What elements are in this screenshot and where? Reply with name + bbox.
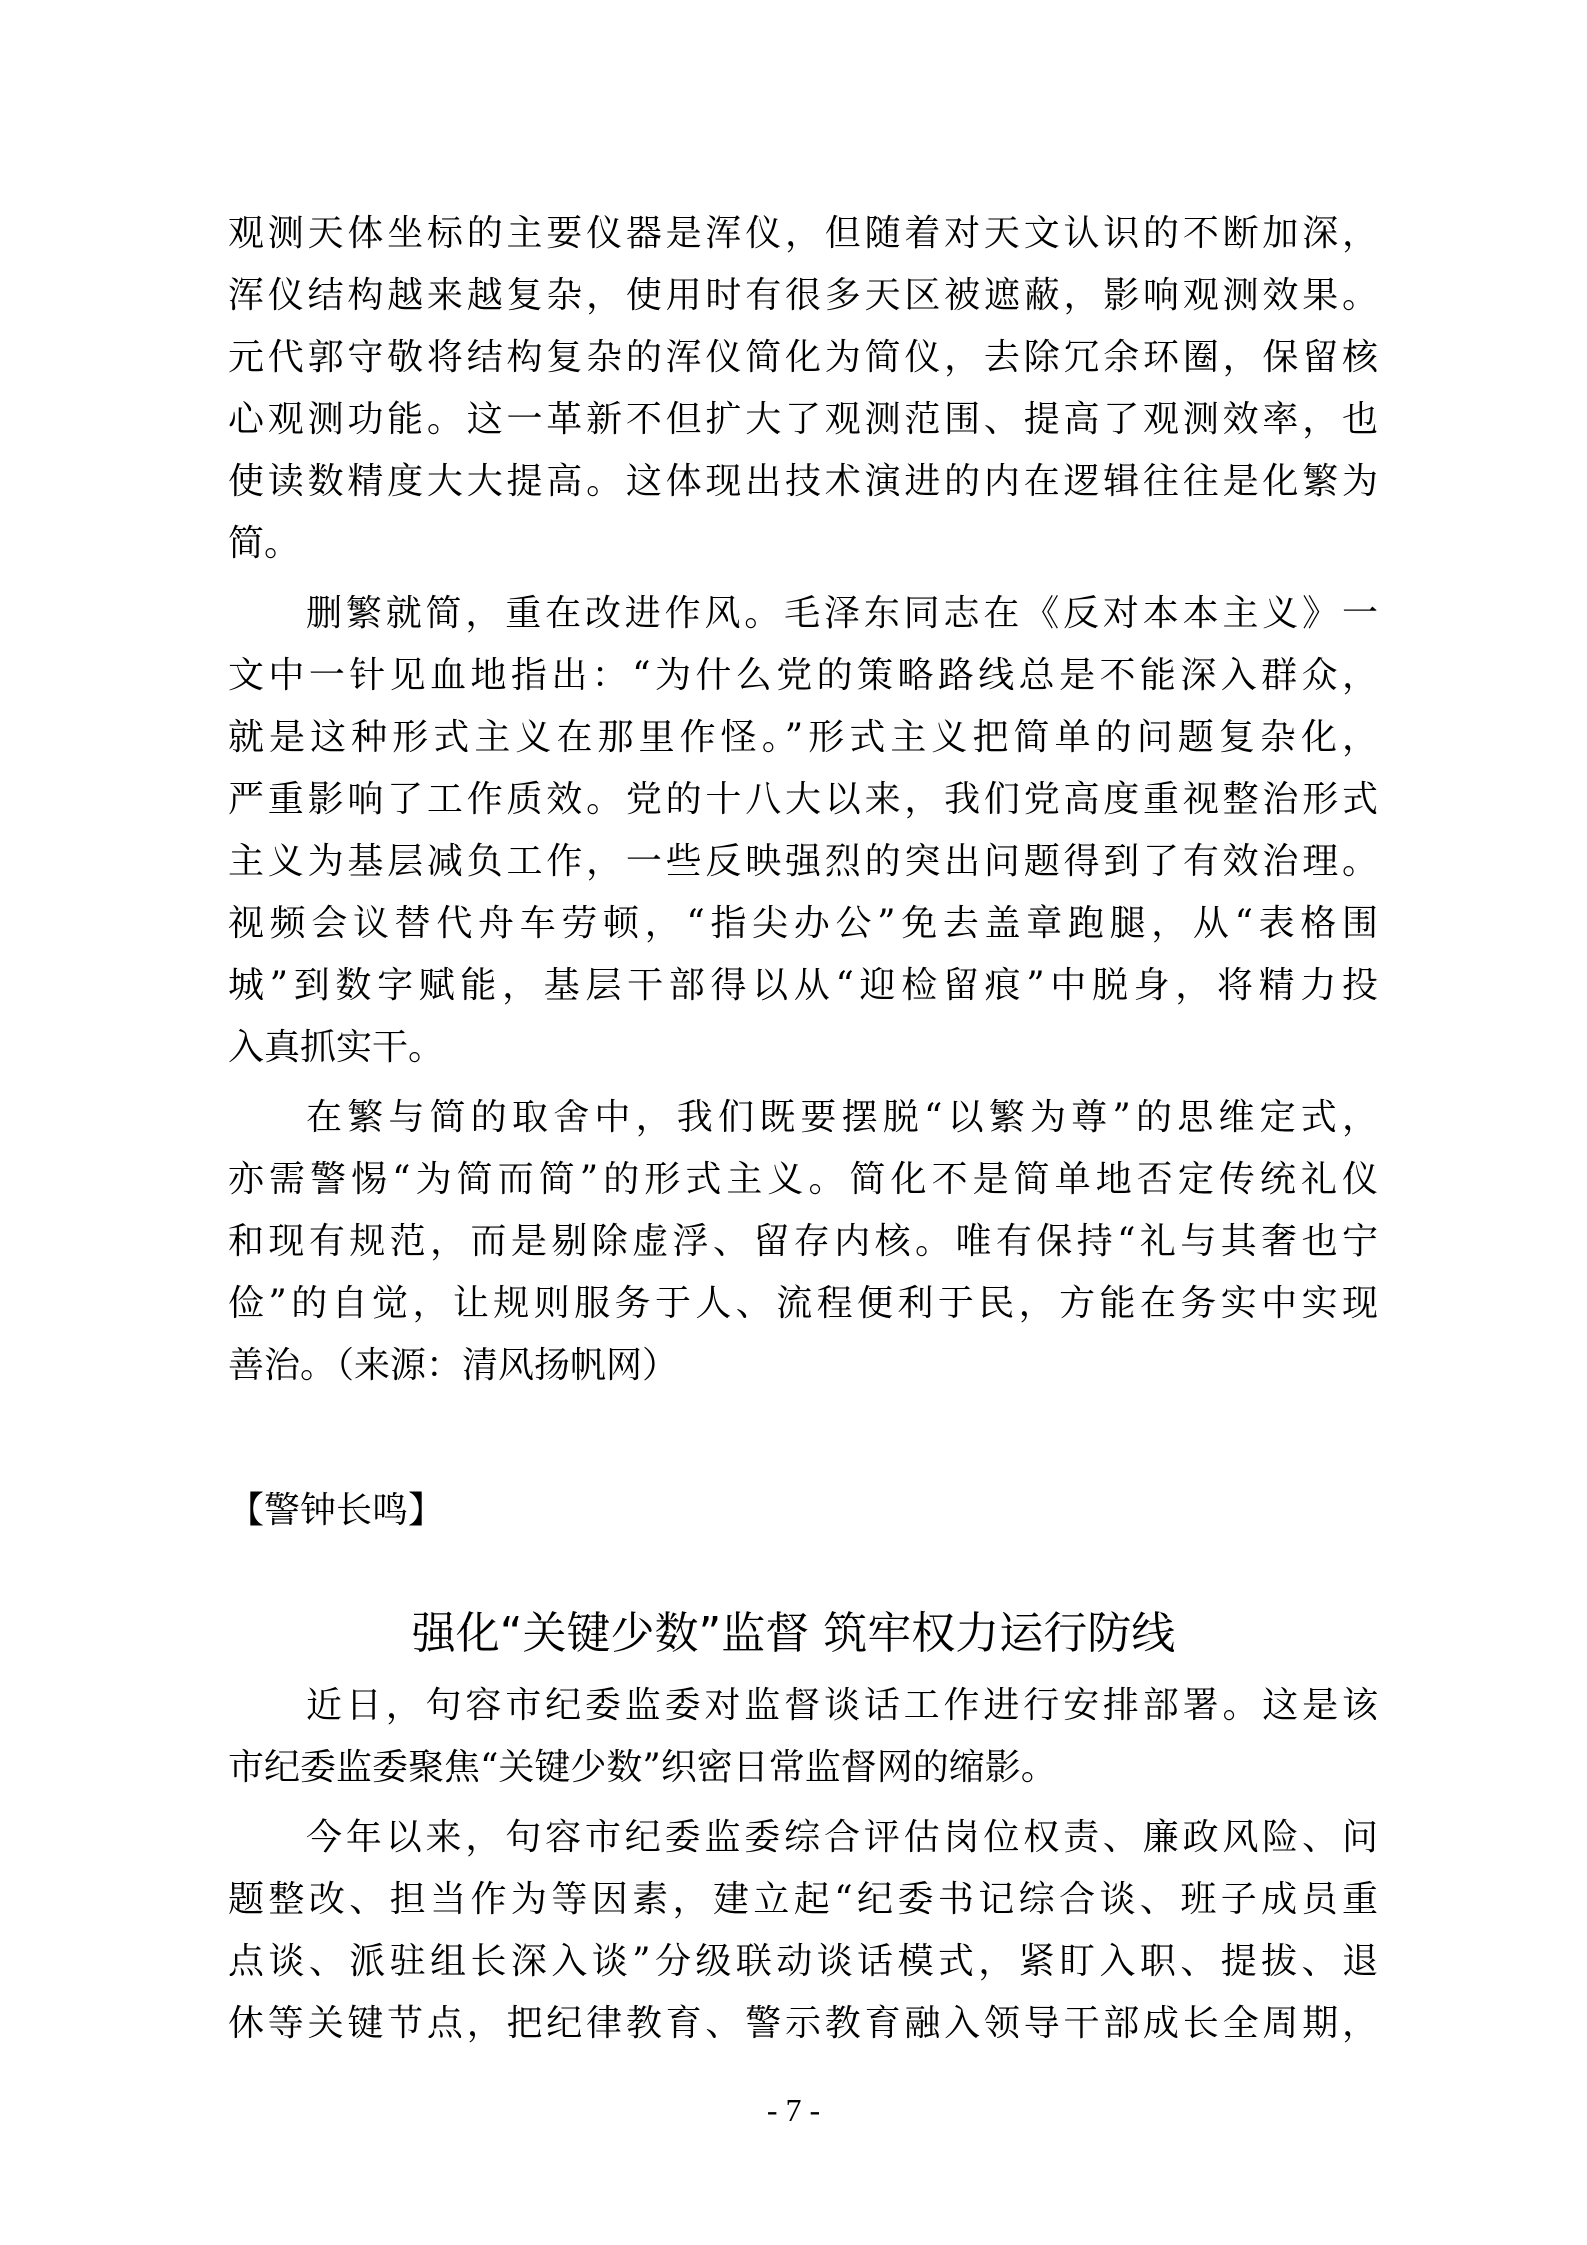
body-line: 浑仪结构越来越复杂，使用时有很多天区被遮蔽，影响观测效果。 (228, 265, 1378, 327)
page-number: - 7 - (0, 2090, 1587, 2130)
body-line-indented: 删繁就简，重在改进作风。毛泽东同志在《反对本本主义》一 (306, 583, 1378, 645)
body-line: 题整改、担当作为等因素，建立起“纪委书记综合谈、班子成员重 (228, 1869, 1378, 1931)
section-tag: 【警钟长鸣】 (228, 1480, 444, 1542)
body-line: 和现有规范，而是剔除虚浮、留存内核。唯有保持“礼与其奢也宁 (228, 1211, 1378, 1273)
body-line: 主义为基层减负工作，一些反映强烈的突出问题得到了有效治理。 (228, 831, 1378, 893)
body-line: 善治。（来源：清风扬帆网） (228, 1335, 1378, 1397)
body-line-indented: 近日，句容市纪委监委对监督谈话工作进行安排部署。这是该 (306, 1675, 1378, 1737)
body-line-indented: 在繁与简的取舍中，我们既要摆脱“以繁为尊”的思维定式， (306, 1087, 1378, 1149)
body-line: 严重影响了工作质效。党的十八大以来，我们党高度重视整治形式 (228, 769, 1378, 831)
body-line: 休等关键节点，把纪律教育、警示教育融入领导干部成长全周期， (228, 1993, 1378, 2055)
body-line: 点谈、派驻组长深入谈”分级联动谈话模式，紧盯入职、提拔、退 (228, 1931, 1378, 1993)
body-line: 俭”的自觉，让规则服务于人、流程便利于民，方能在务实中实现 (228, 1273, 1378, 1335)
document-page: 观测天体坐标的主要仪器是浑仪，但随着对天文认识的不断加深， 浑仪结构越来越复杂，… (0, 0, 1587, 2245)
body-line: 亦需警惕“为简而简”的形式主义。简化不是简单地否定传统礼仪 (228, 1149, 1378, 1211)
body-line: 观测天体坐标的主要仪器是浑仪，但随着对天文认识的不断加深， (228, 203, 1378, 265)
body-line: 就是这种形式主义在那里作怪。”形式主义把简单的问题复杂化， (228, 707, 1378, 769)
body-line: 简。 (228, 513, 1378, 575)
body-line: 城”到数字赋能，基层干部得以从“迎检留痕”中脱身，将精力投 (228, 955, 1378, 1017)
body-line: 文中一针见血地指出：“为什么党的策略路线总是不能深入群众， (228, 645, 1378, 707)
body-line: 元代郭守敬将结构复杂的浑仪简化为简仪，去除冗余环圈，保留核 (228, 327, 1378, 389)
body-line: 心观测功能。这一革新不但扩大了观测范围、提高了观测效率，也 (228, 389, 1378, 451)
body-line: 视频会议替代舟车劳顿，“指尖办公”免去盖章跑腿，从“表格围 (228, 893, 1378, 955)
body-line-indented: 今年以来，句容市纪委监委综合评估岗位权责、廉政风险、问 (306, 1807, 1378, 1869)
body-line: 入真抓实干。 (228, 1017, 1378, 1079)
body-line: 使读数精度大大提高。这体现出技术演进的内在逻辑往往是化繁为 (228, 451, 1378, 513)
body-line: 市纪委监委聚焦“关键少数”织密日常监督网的缩影。 (228, 1737, 1378, 1799)
article-title: 强化“关键少数”监督 筑牢权力运行防线 (0, 1603, 1587, 1665)
